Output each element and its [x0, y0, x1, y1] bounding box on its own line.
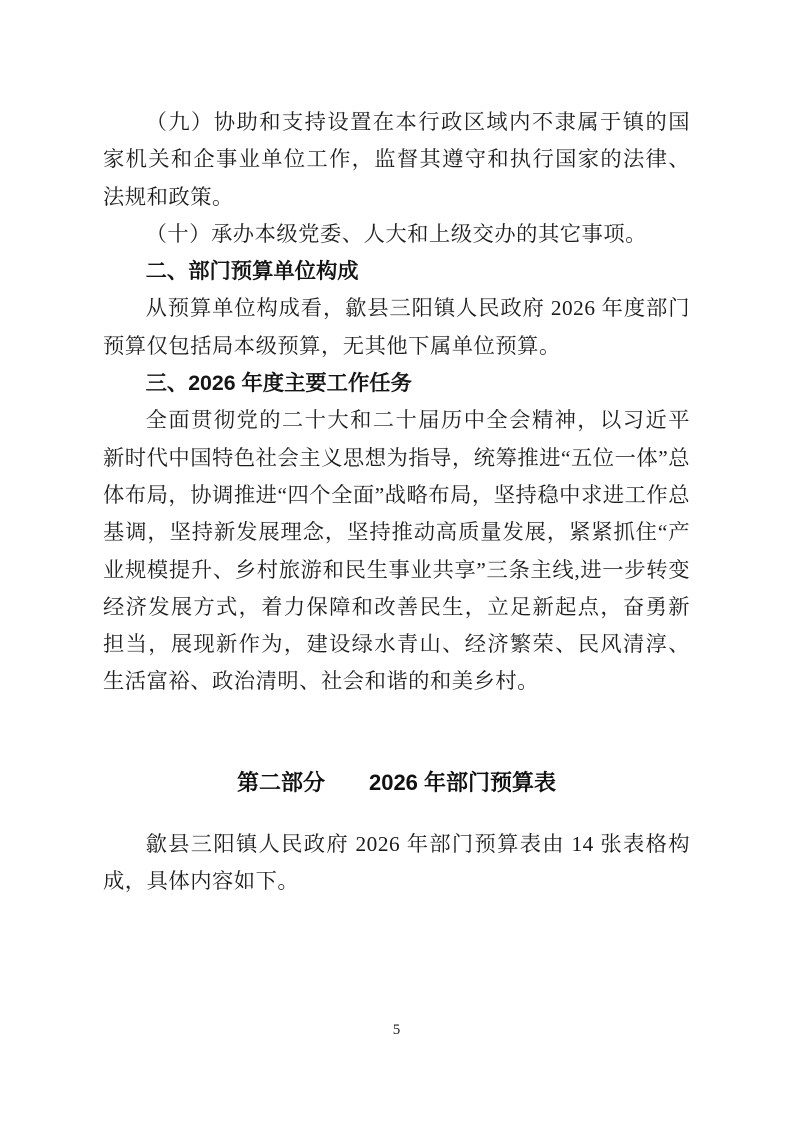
- section-heading-part-two: 第二部分2026 年部门预算表: [103, 764, 690, 801]
- paragraph-budget-tables-intro: 歙县三阳镇人民政府 2026 年部门预算表由 14 张表格构成，具体内容如下。: [103, 826, 690, 901]
- section-part-title: 2026 年部门预算表: [369, 770, 556, 795]
- paragraph-item-nine: （九）协助和支持设置在本行政区域内不隶属于镇的国家机关和企事业单位工作，监督其遵…: [103, 104, 690, 216]
- heading-main-work-tasks: 三、2026 年度主要工作任务: [103, 365, 690, 402]
- section-part-label: 第二部分: [237, 770, 325, 795]
- heading-budget-unit-composition: 二、部门预算单位构成: [103, 253, 690, 290]
- document-body: （九）协助和支持设置在本行政区域内不隶属于镇的国家机关和企事业单位工作，监督其遵…: [103, 104, 690, 901]
- paragraph-item-ten: （十）承办本级党委、人大和上级交办的其它事项。: [103, 216, 690, 253]
- paragraph-budget-unit-composition: 从预算单位构成看，歙县三阳镇人民政府 2026 年度部门预算仅包括局本级预算，无…: [103, 290, 690, 365]
- paragraph-main-work-tasks: 全面贯彻党的二十大和二十届历中全会精神，以习近平新时代中国特色社会主义思想为指导…: [103, 402, 690, 700]
- page-number: 5: [0, 1020, 793, 1040]
- document-page: （九）协助和支持设置在本行政区域内不隶属于镇的国家机关和企事业单位工作，监督其遵…: [0, 0, 793, 1122]
